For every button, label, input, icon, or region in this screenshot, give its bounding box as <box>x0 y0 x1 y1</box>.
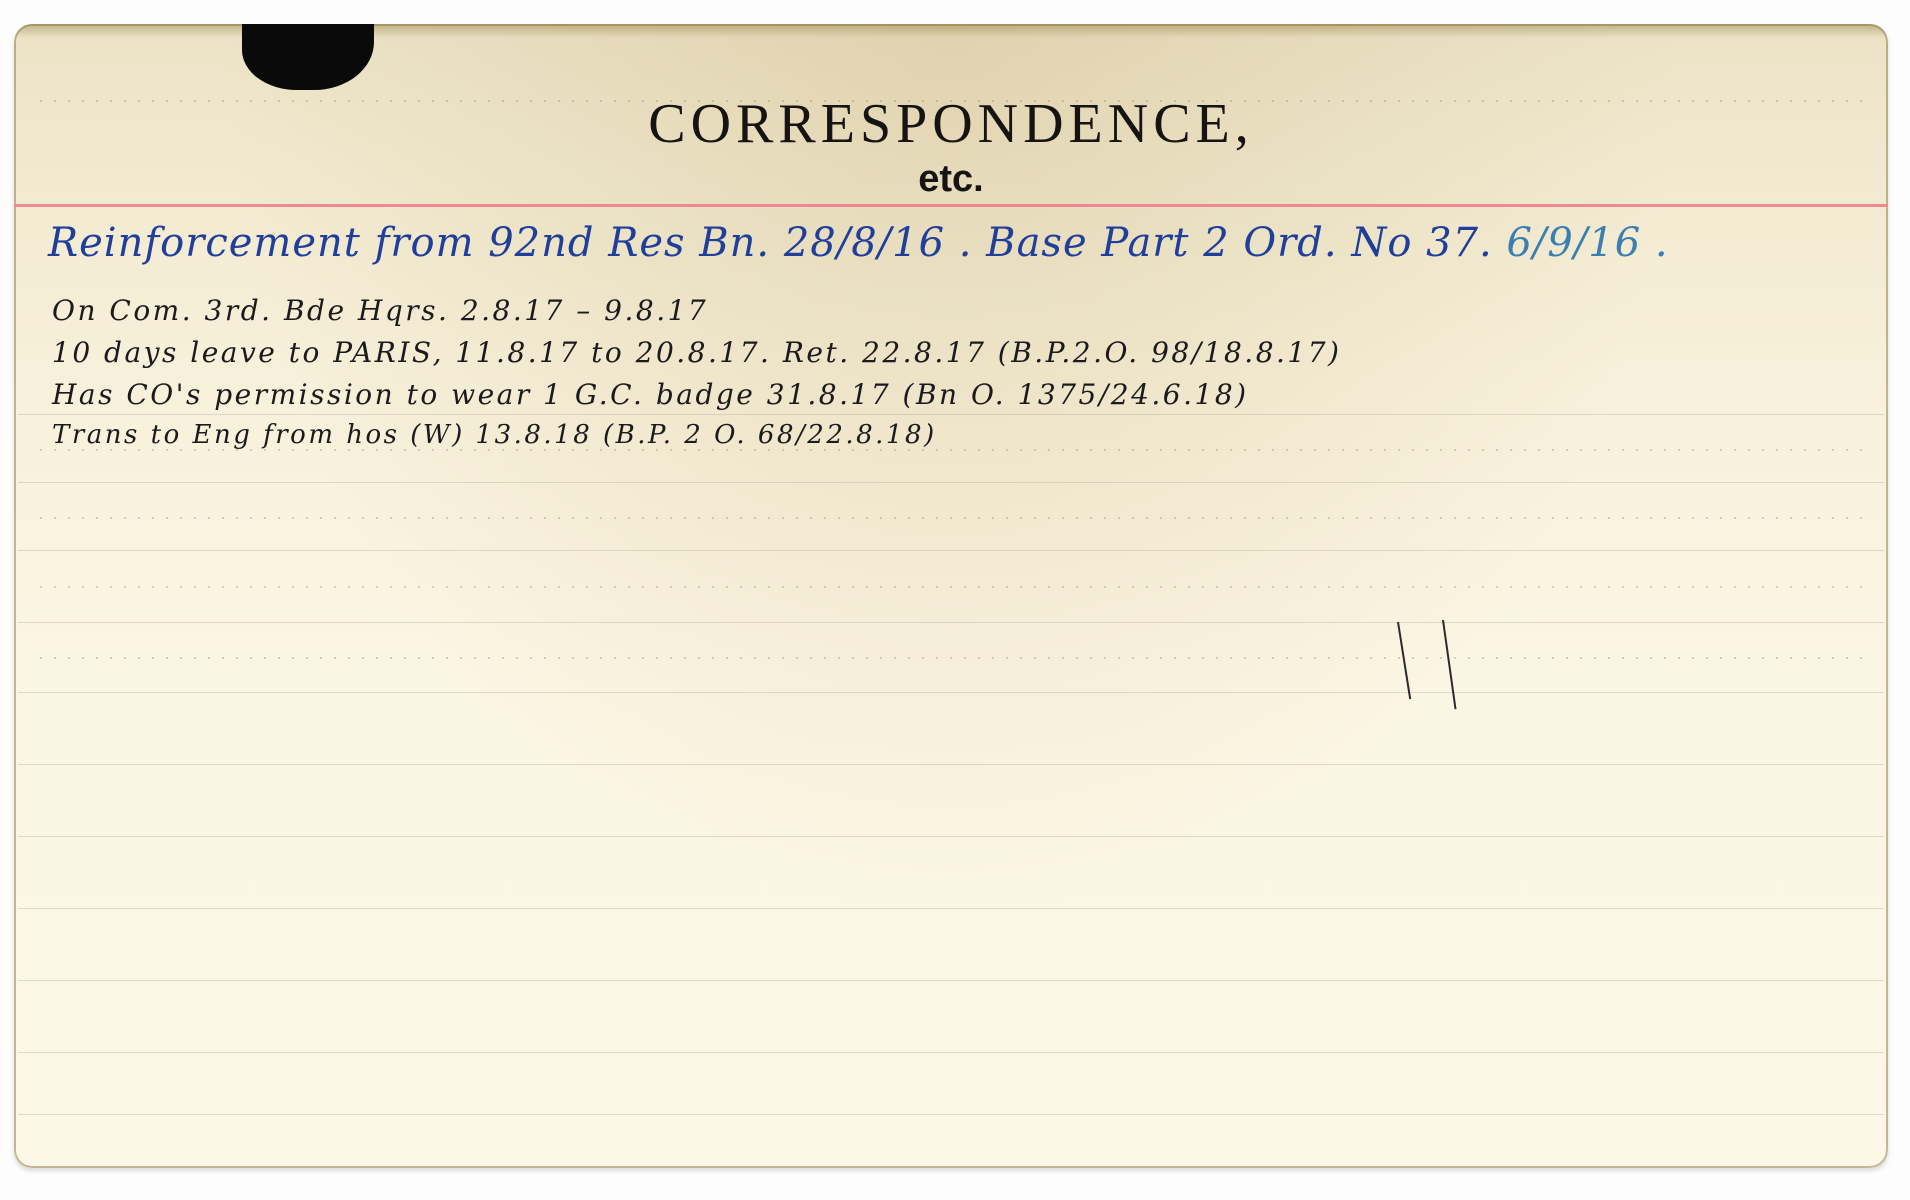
entry-on-command: On Com. 3rd. Bde Hqrs. 2.8.17 – 9.8.17 <box>52 294 708 327</box>
ruled-line <box>18 550 1884 551</box>
entry-paris-leave: 10 days leave to PARIS, 11.8.17 to 20.8.… <box>52 336 1341 369</box>
ruled-line <box>18 414 1884 415</box>
record-card: CORRESPONDENCE, etc. Reinforcement from … <box>14 24 1888 1168</box>
pencil-mark <box>1442 620 1457 709</box>
red-header-rule <box>14 204 1888 207</box>
ruled-line <box>18 836 1884 837</box>
ruled-line <box>18 692 1884 693</box>
ruled-line <box>18 622 1884 623</box>
ruled-line <box>18 764 1884 765</box>
ruled-line <box>18 980 1884 981</box>
dotted-rule <box>34 657 1868 659</box>
ruled-line <box>18 482 1884 483</box>
ruled-line <box>18 908 1884 909</box>
ruled-line <box>18 1114 1884 1115</box>
dotted-rule <box>34 517 1868 519</box>
ruled-line <box>18 1052 1884 1053</box>
entry-reinforcement-text: Reinforcement from 92nd Res Bn. 28/8/16 … <box>48 220 1493 266</box>
entry-reinforcement: Reinforcement from 92nd Res Bn. 28/8/16 … <box>48 220 1669 266</box>
entry-transfer-england: Trans to Eng from hos (W) 13.8.18 (B.P. … <box>52 420 937 450</box>
entry-reinforcement-date: 6/9/16 . <box>1506 220 1668 266</box>
pencil-mark <box>1397 622 1411 699</box>
ink-blot <box>242 24 374 90</box>
card-subheading: etc. <box>14 158 1888 201</box>
dotted-rule <box>34 100 1868 102</box>
entry-gc-badge: Has CO's permission to wear 1 G.C. badge… <box>52 378 1249 411</box>
dotted-rule <box>34 586 1868 588</box>
